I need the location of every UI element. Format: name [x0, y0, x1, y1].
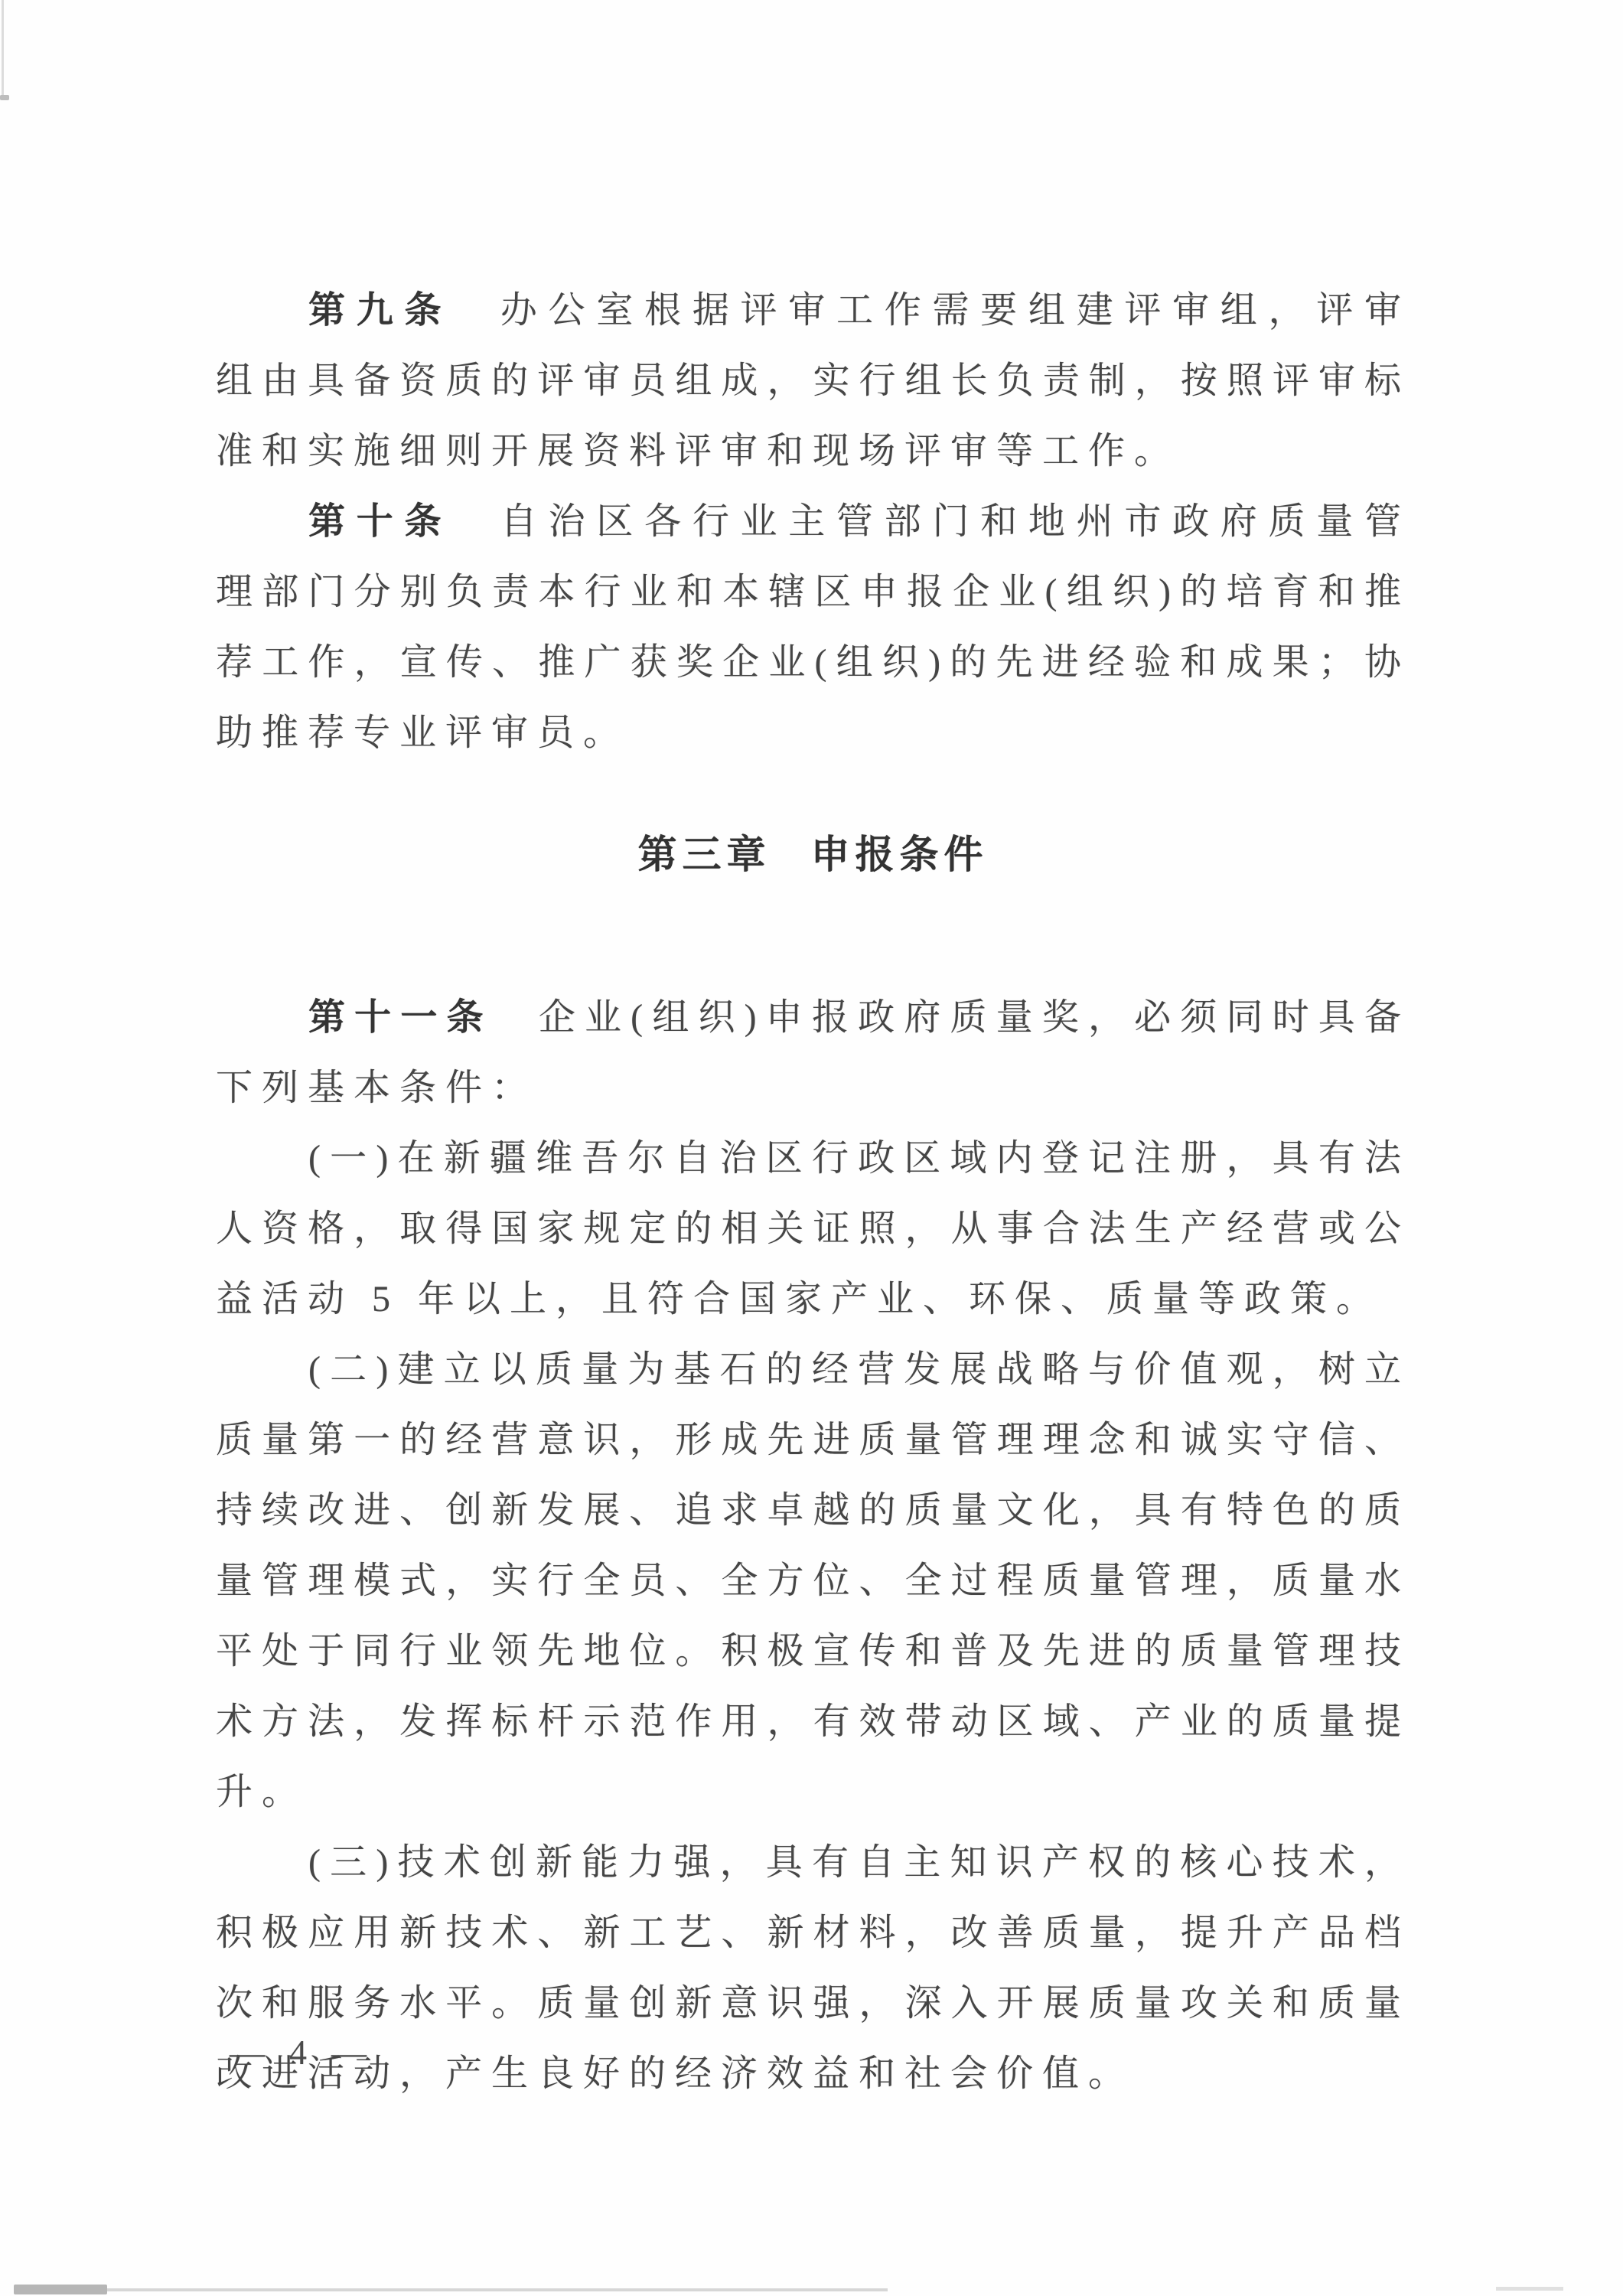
- scan-artifact-bottom-left-smudge: [14, 2285, 107, 2294]
- scanned-document-page: 第九条 办公室根据评审工作需要组建评审组，评审组由具备资质的评审员组成，实行组长…: [0, 0, 1623, 2296]
- condition-item-3: (三)技术创新能力强，具有自主知识产权的核心技术，积极应用新技术、新工艺、新材料…: [216, 1828, 1410, 2109]
- footer-right-dash: —: [331, 2033, 370, 2072]
- article-10-number: 第十条: [308, 501, 452, 542]
- condition-item-1: (一)在新疆维吾尔自治区行政区域内登记注册，具有法人资格，取得国家规定的相关证照…: [216, 1124, 1410, 1335]
- article-9-number: 第九条: [308, 290, 452, 331]
- condition-item-2: (二)建立以质量为基石的经营发展战略与价值观，树立质量第一的经营意识，形成先进质…: [216, 1335, 1410, 1828]
- footer-left-dash: —: [230, 2033, 268, 2072]
- scan-artifact-bottom-right-mark: [1496, 2287, 1563, 2291]
- scan-artifact-left-edge-notch: [0, 95, 9, 100]
- page-footer: —4—: [230, 2028, 370, 2077]
- scan-artifact-bottom-line: [107, 2288, 888, 2291]
- article-10-paragraph: 第十条 自治区各行业主管部门和地州市政府质量管理部门分别负责本行业和本辖区申报企…: [216, 487, 1410, 768]
- article-11-paragraph: 第十一条 企业(组织)申报政府质量奖，必须同时具备下列基本条件：: [216, 983, 1410, 1124]
- chapter-number: 第三章: [637, 834, 771, 877]
- chapter-title: 申报条件: [811, 834, 989, 877]
- articles-9-10-block: 第九条 办公室根据评审工作需要组建评审组，评审组由具备资质的评审员组成，实行组长…: [216, 276, 1410, 768]
- articles-11-block: 第十一条 企业(组织)申报政府质量奖，必须同时具备下列基本条件： (一)在新疆维…: [216, 983, 1410, 2109]
- scan-artifact-left-edge-line: [2, 0, 4, 98]
- page-number: 4: [289, 2033, 310, 2072]
- article-9-paragraph: 第九条 办公室根据评审工作需要组建评审组，评审组由具备资质的评审员组成，实行组长…: [216, 276, 1410, 487]
- article-11-number: 第十一条: [308, 997, 493, 1038]
- chapter-heading: 第三章申报条件: [216, 831, 1410, 880]
